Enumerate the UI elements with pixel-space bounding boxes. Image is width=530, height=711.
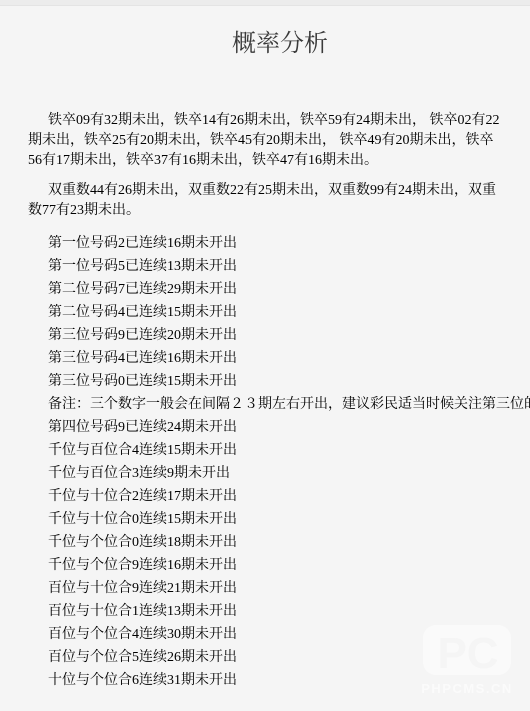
stat-line: 第三位号码0已连续15期未开出 bbox=[28, 372, 502, 392]
watermark-text: PHPCMS.CN bbox=[421, 681, 513, 696]
stat-line: 千位与个位合9连续16期未开出 bbox=[28, 556, 502, 576]
phpcms-watermark: PC PHPCMS.CN bbox=[421, 625, 513, 696]
stat-line: 千位与十位合0连续15期未开出 bbox=[28, 510, 502, 530]
page-title: 概率分析 bbox=[28, 29, 502, 59]
intro-paragraph: 铁卒09有32期未出，铁卒14有26期未出，铁卒59有24期未出， 铁卒02有2… bbox=[28, 111, 502, 171]
probability-analysis-page: { "title": "概率分析", "paragraphs": [ "铁卒09… bbox=[0, 0, 530, 711]
article-body: 概率分析 铁卒09有32期未出，铁卒14有26期未出，铁卒59有24期未出， 铁… bbox=[0, 29, 530, 691]
stat-line: 千位与百位合4连续15期未开出 bbox=[28, 441, 502, 461]
stat-line: 百位与十位合1连续13期未开出 bbox=[28, 602, 502, 622]
stat-line: 百位与十位合9连续21期未开出 bbox=[28, 579, 502, 599]
stat-line: 第三位号码9已连续20期未开出 bbox=[28, 326, 502, 346]
stat-line: 第一位号码2已连续16期未开出 bbox=[28, 234, 502, 254]
stat-line: 千位与个位合0连续18期未开出 bbox=[28, 533, 502, 553]
stat-line: 第三位号码4已连续16期未开出 bbox=[28, 349, 502, 369]
stat-line: 第二位号码7已连续29期未开出 bbox=[28, 280, 502, 300]
top-border-strip bbox=[0, 0, 530, 6]
phpcms-logo-letters: PC bbox=[437, 629, 498, 675]
stat-line-list: 第一位号码2已连续16期未开出 第一位号码5已连续13期未开出 第二位号码7已连… bbox=[28, 234, 502, 691]
stat-line: 第一位号码5已连续13期未开出 bbox=[28, 257, 502, 277]
stat-line: 第四位号码9已连续24期未开出 bbox=[28, 418, 502, 438]
stat-line: 备注：三个数字一般会在间隔２３期左右开出，建议彩民适当时候关注第三位的 9 4 … bbox=[28, 395, 502, 415]
stat-line: 千位与十位合2连续17期未开出 bbox=[28, 487, 502, 507]
intro-paragraph: 双重数44有26期未出，双重数22有25期未出，双重数99有24期未出，双重数7… bbox=[28, 181, 502, 221]
stat-line: 千位与百位合3连续9期未开出 bbox=[28, 464, 502, 484]
stat-line: 第二位号码4已连续15期未开出 bbox=[28, 303, 502, 323]
phpcms-logo-icon: PC bbox=[423, 625, 511, 675]
intro-paragraphs: 铁卒09有32期未出，铁卒14有26期未出，铁卒59有24期未出， 铁卒02有2… bbox=[28, 111, 502, 221]
